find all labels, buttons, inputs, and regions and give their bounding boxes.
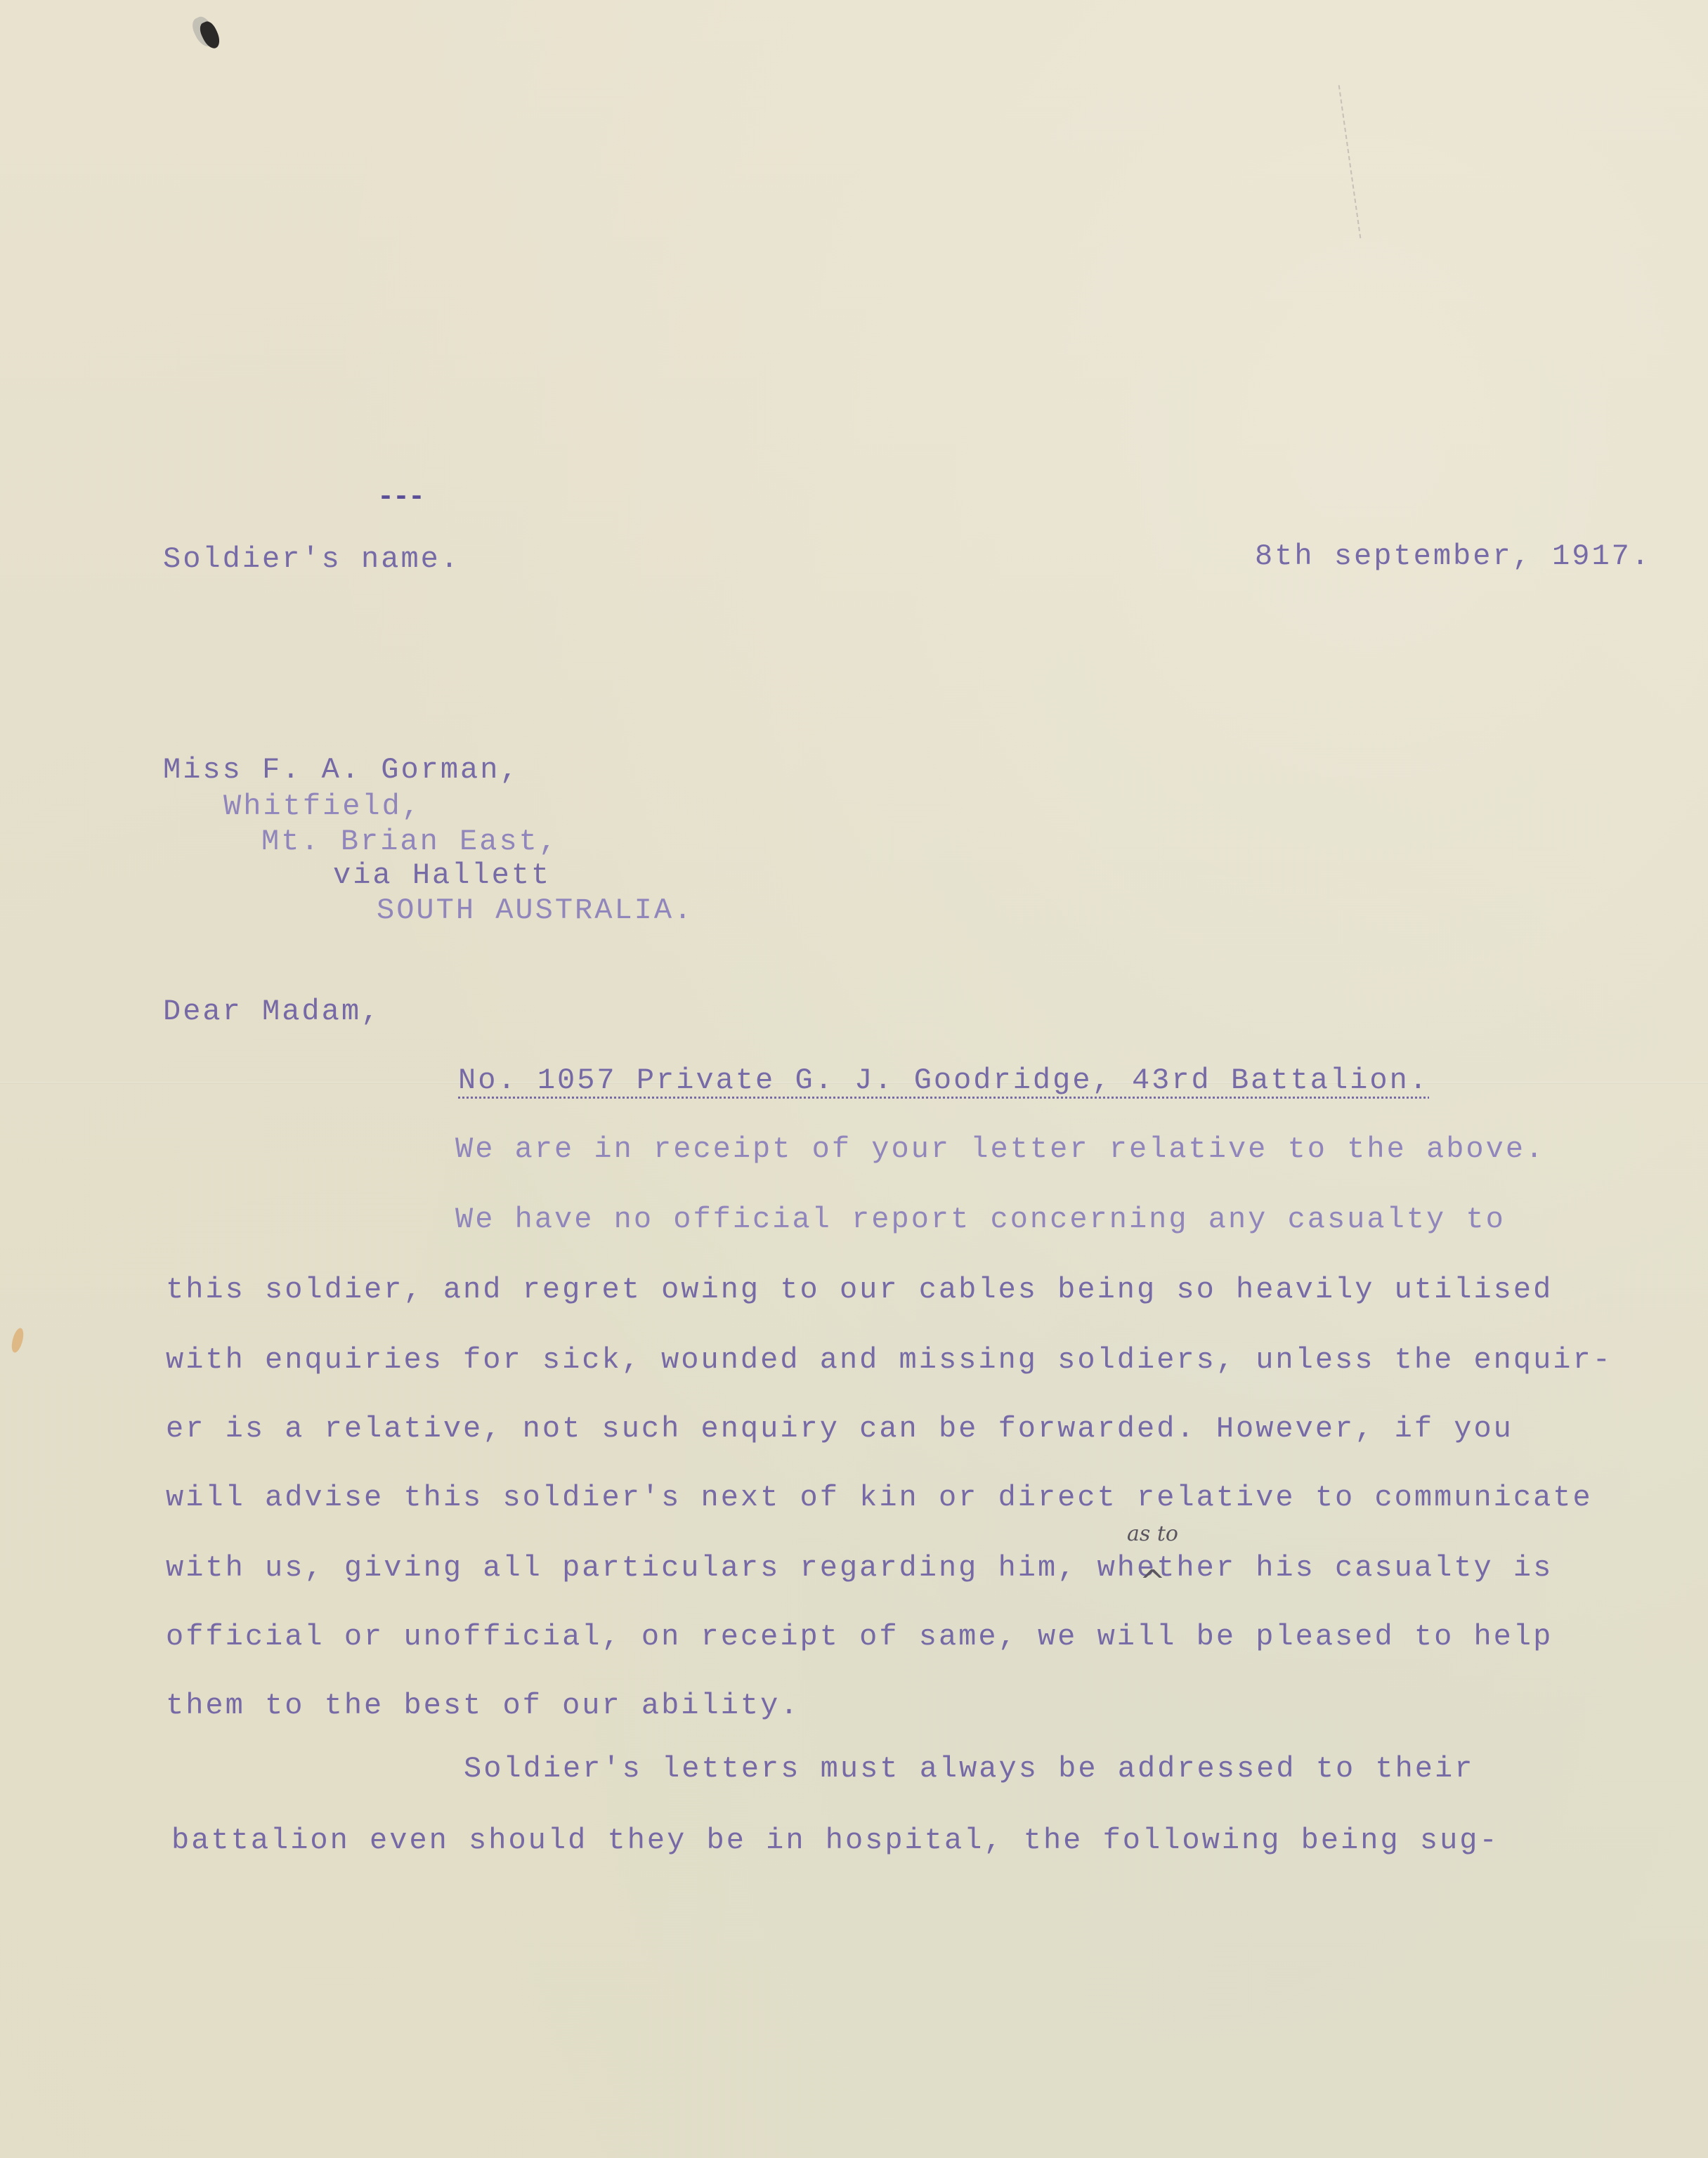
handwritten-insertion: as to	[1127, 1522, 1178, 1546]
reference-label: Soldier's name.	[163, 542, 460, 576]
body-line: will advise this soldier's next of kin o…	[166, 1481, 1593, 1515]
recipient-name: Miss F. A. Gorman,	[163, 753, 520, 787]
body-line: with enquiries for sick, wounded and mis…	[166, 1343, 1612, 1377]
salutation: Dear Madam,	[163, 995, 381, 1028]
paper-stain	[10, 1327, 26, 1354]
body-line: We have no official report concerning an…	[455, 1203, 1506, 1236]
body-line: official or unofficial, on receipt of sa…	[166, 1620, 1553, 1654]
body-line: them to the best of our ability.	[166, 1689, 800, 1722]
subject-line: No. 1057 Private G. J. Goodridge, 43rd B…	[458, 1064, 1429, 1097]
paper-crease	[1338, 85, 1364, 239]
header-mark: ---	[377, 482, 424, 514]
recipient-address-line-2: Mt. Brian East,	[261, 825, 559, 858]
letter-date: 8th september, 1917.	[1255, 539, 1651, 573]
body-line: this soldier, and regret owing to our ca…	[166, 1273, 1553, 1307]
insertion-caret-icon: ^	[1140, 1564, 1166, 1600]
body-line: with us, giving all particulars regardin…	[166, 1551, 1553, 1585]
recipient-address-line-4: SOUTH AUSTRALIA.	[377, 894, 693, 927]
pin-hole-mark	[197, 19, 223, 51]
body-line: battalion even should they be in hospita…	[171, 1824, 1499, 1857]
recipient-address-line-1: Whitfield,	[223, 790, 422, 823]
body-line: We are in receipt of your letter relativ…	[455, 1132, 1545, 1166]
recipient-address-line-3: via Hallett	[333, 858, 551, 892]
body-line: Soldier's letters must always be address…	[464, 1752, 1474, 1786]
body-line: er is a relative, not such enquiry can b…	[166, 1412, 1513, 1446]
